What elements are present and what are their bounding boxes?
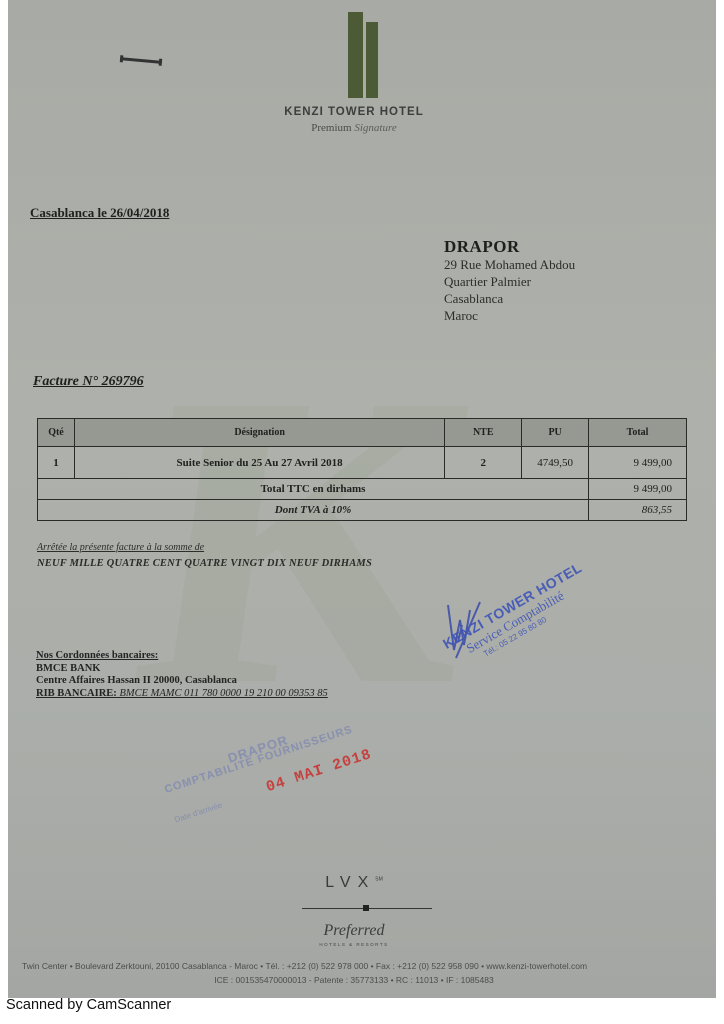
header-total: Total	[589, 419, 687, 447]
bank-rib: RIB BANCAIRE: BMCE MAMC 011 780 0000 19 …	[36, 688, 328, 701]
header-qty: Qté	[38, 419, 75, 447]
cell-qty: 1	[38, 447, 75, 479]
lvx-mark: SM	[375, 877, 383, 883]
lvx-divider	[302, 908, 432, 909]
hotel-subtitle: Premium Signature	[0, 122, 716, 134]
client-address-line: Quartier Palmier	[444, 273, 575, 290]
total-row: Total TTC en dirhams 9 499,00	[38, 479, 687, 500]
client-name: DRAPOR	[444, 238, 575, 255]
total-label: Total TTC en dirhams	[38, 479, 589, 500]
header-nte: NTE	[445, 419, 522, 447]
hotel-logo-icon	[348, 12, 388, 98]
invoice-table: Qté Désignation NTE PU Total 1 Suite Sen…	[37, 418, 687, 521]
scanner-watermark: Scanned by CamScanner	[6, 997, 171, 1013]
footer-registration: ICE : 001535470000013 - Patente : 357731…	[0, 975, 716, 985]
bank-branch: Centre Affaires Hassan II 20000, Casabla…	[36, 675, 328, 688]
client-address-block: DRAPOR 29 Rue Mohamed Abdou Quartier Pal…	[444, 238, 575, 324]
preferred-subtitle: HOTELS & RESORTS	[0, 942, 716, 947]
cell-total: 9 499,00	[589, 447, 687, 479]
bank-name: BMCE BANK	[36, 663, 328, 676]
hotel-subtitle-script: Signature	[354, 122, 396, 134]
lvx-logo: LVXSM	[0, 874, 716, 892]
bank-details: Nos Cordonnées bancaires: BMCE BANK Cent…	[36, 650, 328, 700]
total-value: 9 499,00	[589, 479, 687, 500]
staple-mark	[120, 57, 162, 64]
tva-label: Dont TVA à 10%	[38, 500, 589, 521]
bank-heading: Nos Cordonnées bancaires:	[36, 650, 328, 663]
header-designation: Désignation	[74, 419, 444, 447]
cell-pu: 4749,50	[522, 447, 589, 479]
table-row: 1 Suite Senior du 25 Au 27 Avril 2018 2 …	[38, 447, 687, 479]
cell-designation: Suite Senior du 25 Au 27 Avril 2018	[74, 447, 444, 479]
client-address-line: Casablanca	[444, 290, 575, 307]
invoice-number: Facture N° 269796	[33, 374, 144, 390]
place-date: Casablanca le 26/04/2018	[30, 205, 169, 221]
footer-address: Twin Center • Boulevard Zerktouni, 20100…	[22, 961, 587, 971]
hotel-name: KENZI TOWER HOTEL	[0, 106, 716, 118]
hotel-subtitle-plain: Premium	[311, 122, 351, 134]
amount-label: Arrêtée la présente facture à la somme d…	[37, 542, 204, 553]
rib-value: BMCE MAMC 011 780 0000 19 210 00 09353 8…	[117, 688, 328, 699]
amount-in-words: NEUF MILLE QUATRE CENT QUATRE VINGT DIX …	[37, 558, 372, 569]
tva-value: 863,55	[589, 500, 687, 521]
lvx-text: LVX	[325, 874, 375, 891]
client-address-line: 29 Rue Mohamed Abdou	[444, 256, 575, 273]
client-address-line: Maroc	[444, 307, 575, 324]
table-header-row: Qté Désignation NTE PU Total	[38, 419, 687, 447]
preferred-logo: Preferred	[0, 922, 716, 940]
rib-label: RIB BANCAIRE:	[36, 688, 117, 699]
tva-row: Dont TVA à 10% 863,55	[38, 500, 687, 521]
cell-nte: 2	[445, 447, 522, 479]
header-pu: PU	[522, 419, 589, 447]
